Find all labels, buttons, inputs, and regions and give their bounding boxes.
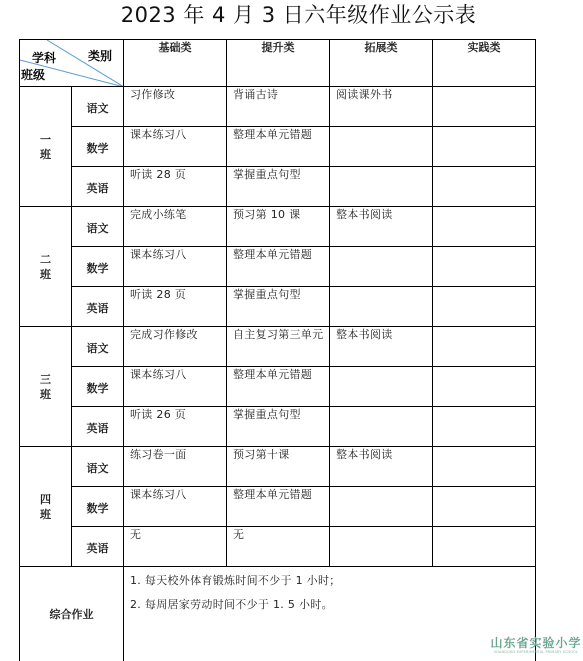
- summary-row: 综合作业 1. 每天校外体育锻炼时间不少于 1 小时； 2. 每周居家劳动时间不…: [20, 567, 536, 661]
- task-advanced: 整理本单元错题: [227, 367, 330, 407]
- task-advanced: 整理本单元错题: [227, 487, 330, 527]
- class-label-3: 三 班: [20, 327, 72, 447]
- class-number: 四: [20, 492, 71, 507]
- category-axis-label: 类别: [88, 49, 112, 64]
- task-practice: [433, 167, 536, 207]
- task-practice: [433, 127, 536, 167]
- class-number: 三: [20, 372, 71, 387]
- task-practice: [433, 487, 536, 527]
- subject-cell: 语文: [72, 447, 124, 487]
- task-extension: 整本书阅读: [330, 207, 433, 247]
- task-basic: 听读 26 页: [124, 407, 227, 447]
- column-header-practice: 实践类: [433, 40, 536, 87]
- task-advanced: 掌握重点句型: [227, 407, 330, 447]
- task-extension: 整本书阅读: [330, 447, 433, 487]
- table-row: 数学 课本练习八 整理本单元错题: [20, 367, 536, 407]
- task-practice: [433, 447, 536, 487]
- subject-cell: 语文: [72, 87, 124, 127]
- task-advanced: 背诵古诗: [227, 87, 330, 127]
- column-header-extension: 拓展类: [330, 40, 433, 87]
- task-practice: [433, 207, 536, 247]
- task-basic: 听读 28 页: [124, 167, 227, 207]
- class-label-2: 二 班: [20, 207, 72, 327]
- subject-cell: 英语: [72, 287, 124, 327]
- school-subtitle: SHANDONG EXPERIMENTAL PRIMARY SCHOOL: [490, 650, 582, 655]
- summary-item: 1. 每天校外体育锻炼时间不少于 1 小时；: [130, 573, 529, 588]
- summary-label: 综合作业: [20, 567, 124, 661]
- column-header-advanced: 提升类: [227, 40, 330, 87]
- task-practice: [433, 527, 536, 567]
- table-row: 英语 听读 26 页 掌握重点句型: [20, 407, 536, 447]
- task-practice: [433, 247, 536, 287]
- diagonal-header-cell: 学科 类别 班级: [20, 40, 124, 87]
- task-basic: 课本练习八: [124, 487, 227, 527]
- class-label-4: 四 班: [20, 447, 72, 567]
- task-basic: 听读 28 页: [124, 287, 227, 327]
- header-row: 学科 类别 班级 基础类 提升类 拓展类 实践类: [20, 40, 536, 87]
- table-row: 英语 听读 28 页 掌握重点句型: [20, 167, 536, 207]
- table-row: 英语 听读 28 页 掌握重点句型: [20, 287, 536, 327]
- school-name: 山东省实验小学: [490, 636, 582, 650]
- subject-axis-label: 学科: [32, 51, 56, 66]
- school-watermark: 山东省实验小学 SHANDONG EXPERIMENTAL PRIMARY SC…: [490, 636, 582, 655]
- table-row: 数学 课本练习八 整理本单元错题: [20, 487, 536, 527]
- task-extension: [330, 247, 433, 287]
- task-practice: [433, 87, 536, 127]
- task-advanced: 自主复习第三单元: [227, 327, 330, 367]
- task-advanced: 预习第十课: [227, 447, 330, 487]
- task-practice: [433, 407, 536, 447]
- class-number: 二: [20, 252, 71, 267]
- task-extension: 整本书阅读: [330, 327, 433, 367]
- task-basic: 课本练习八: [124, 127, 227, 167]
- task-basic: 习作修改: [124, 87, 227, 127]
- table-row: 四 班 语文 练习卷一面 预习第十课 整本书阅读: [20, 447, 536, 487]
- summary-item: 2. 每周居家劳动时间不少于 1. 5 小时。: [130, 597, 529, 612]
- table-row: 一 班 语文 习作修改 背诵古诗 阅读课外书: [20, 87, 536, 127]
- table-row: 三 班 语文 完成习作修改 自主复习第三单元 整本书阅读: [20, 327, 536, 367]
- task-advanced: 掌握重点句型: [227, 287, 330, 327]
- task-basic: 完成小练笔: [124, 207, 227, 247]
- task-basic: 练习卷一面: [124, 447, 227, 487]
- task-extension: [330, 487, 433, 527]
- class-suffix: 班: [20, 267, 71, 282]
- subject-cell: 英语: [72, 527, 124, 567]
- subject-cell: 数学: [72, 487, 124, 527]
- task-advanced: 整理本单元错题: [227, 127, 330, 167]
- page-title: 2023 年 4 月 3 日六年级作业公示表: [0, 0, 583, 30]
- task-extension: [330, 167, 433, 207]
- column-header-basic: 基础类: [124, 40, 227, 87]
- task-extension: [330, 287, 433, 327]
- class-axis-label: 班级: [21, 68, 45, 83]
- task-practice: [433, 367, 536, 407]
- subject-cell: 数学: [72, 247, 124, 287]
- table-row: 英语 无 无: [20, 527, 536, 567]
- table-row: 二 班 语文 完成小练笔 预习第 10 课 整本书阅读: [20, 207, 536, 247]
- task-extension: [330, 367, 433, 407]
- task-extension: [330, 407, 433, 447]
- subject-cell: 数学: [72, 367, 124, 407]
- class-number: 一: [20, 132, 71, 147]
- task-advanced: 掌握重点句型: [227, 167, 330, 207]
- task-extension: [330, 127, 433, 167]
- subject-cell: 语文: [72, 327, 124, 367]
- task-practice: [433, 327, 536, 367]
- table-row: 数学 课本练习八 整理本单元错题: [20, 247, 536, 287]
- class-label-1: 一 班: [20, 87, 72, 207]
- subject-cell: 语文: [72, 207, 124, 247]
- task-basic: 课本练习八: [124, 367, 227, 407]
- subject-cell: 英语: [72, 407, 124, 447]
- task-basic: 课本练习八: [124, 247, 227, 287]
- class-suffix: 班: [20, 387, 71, 402]
- homework-table: 学科 类别 班级 基础类 提升类 拓展类 实践类 一 班 语文 习作修改 背诵古…: [19, 39, 536, 661]
- task-extension: 阅读课外书: [330, 87, 433, 127]
- subject-cell: 英语: [72, 167, 124, 207]
- task-advanced: 预习第 10 课: [227, 207, 330, 247]
- summary-content: 1. 每天校外体育锻炼时间不少于 1 小时； 2. 每周居家劳动时间不少于 1.…: [124, 567, 536, 661]
- task-basic: 完成习作修改: [124, 327, 227, 367]
- table-row: 数学 课本练习八 整理本单元错题: [20, 127, 536, 167]
- class-suffix: 班: [20, 507, 71, 522]
- class-suffix: 班: [20, 147, 71, 162]
- task-practice: [433, 287, 536, 327]
- subject-cell: 数学: [72, 127, 124, 167]
- task-extension: [330, 527, 433, 567]
- task-advanced: 整理本单元错题: [227, 247, 330, 287]
- task-advanced: 无: [227, 527, 330, 567]
- task-basic: 无: [124, 527, 227, 567]
